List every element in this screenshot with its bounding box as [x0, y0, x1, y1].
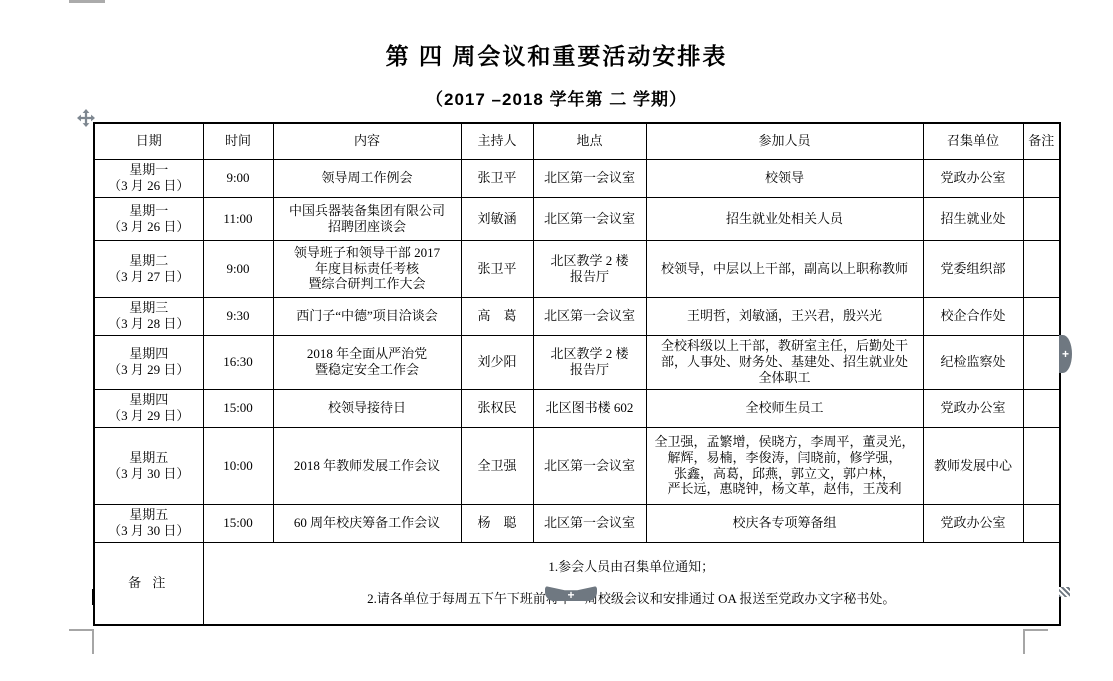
cell-time[interactable]: 9:00: [203, 159, 273, 197]
table-row: 星期五 （3 月 30 日） 10:00 2018 年教师发展工作会议 全卫强 …: [94, 427, 1060, 504]
cell-content[interactable]: 西门子“中德”项目洽谈会: [273, 297, 461, 335]
cell-date[interactable]: 星期四 （3 月 29 日）: [94, 335, 203, 389]
table-row: 星期三 （3 月 28 日） 9:30 西门子“中德”项目洽谈会 高 葛 北区第…: [94, 297, 1060, 335]
cell-unit[interactable]: 校企合作处: [923, 297, 1023, 335]
cell-remark[interactable]: [1023, 240, 1060, 297]
cell-remark[interactable]: [1023, 297, 1060, 335]
cell-unit[interactable]: 党委组织部: [923, 240, 1023, 297]
cell-participants[interactable]: 全卫强，孟繁增，侯晓方，李周平，董灵光， 解辉，易楠，李俊涛，闫晓前，修学强， …: [646, 427, 923, 504]
header-participants[interactable]: 参加人员: [646, 123, 923, 159]
cell-participants[interactable]: 王明哲，刘敏涵，王兴君，殷兴光: [646, 297, 923, 335]
cell-content[interactable]: 领导周工作例会: [273, 159, 461, 197]
cell-participants[interactable]: 全校师生员工: [646, 389, 923, 427]
page-title[interactable]: 第 四 周会议和重要活动安排表: [0, 44, 1113, 69]
table-row: 星期一 （3 月 26 日） 9:00 领导周工作例会 张卫平 北区第一会议室 …: [94, 159, 1060, 197]
cell-participants[interactable]: 校庆各专项筹备组: [646, 504, 923, 542]
cell-time[interactable]: 16:30: [203, 335, 273, 389]
header-host[interactable]: 主持人: [461, 123, 533, 159]
cell-host[interactable]: 刘敏涵: [461, 197, 533, 240]
cell-remark[interactable]: [1023, 335, 1060, 389]
cell-location[interactable]: 北区第一会议室: [533, 197, 646, 240]
note-line-2: 2.请各单位于每周五下午下班前将下一周校级会议和安排通过 OA 报送至党政办文字…: [207, 591, 1057, 607]
text-cursor: [92, 589, 95, 605]
cell-host[interactable]: 刘少阳: [461, 335, 533, 389]
cell-location[interactable]: 北区教学 2 楼 报告厅: [533, 240, 646, 297]
cell-remark[interactable]: [1023, 197, 1060, 240]
cell-remark[interactable]: [1023, 504, 1060, 542]
cell-unit[interactable]: 党政办公室: [923, 504, 1023, 542]
cell-content[interactable]: 校领导接待日: [273, 389, 461, 427]
cell-date[interactable]: 星期一 （3 月 26 日）: [94, 197, 203, 240]
notes-label[interactable]: 备 注: [94, 542, 203, 625]
notes-row: 备 注 1.参会人员由召集单位通知； 2.请各单位于每周五下午下班前将下一周校级…: [94, 542, 1060, 625]
cell-unit[interactable]: 招生就业处: [923, 197, 1023, 240]
cell-time[interactable]: 15:00: [203, 504, 273, 542]
cell-content[interactable]: 领导班子和领导干部 2017 年度目标责任考核 暨综合研判工作大会: [273, 240, 461, 297]
note-line-1: 1.参会人员由召集单位通知；: [207, 559, 1057, 575]
table-row: 星期四 （3 月 29 日） 15:00 校领导接待日 张权民 北区图书楼 60…: [94, 389, 1060, 427]
cell-date[interactable]: 星期一 （3 月 26 日）: [94, 159, 203, 197]
cell-unit[interactable]: 党政办公室: [923, 389, 1023, 427]
cell-time[interactable]: 15:00: [203, 389, 273, 427]
cell-content[interactable]: 60 周年校庆筹备工作会议: [273, 504, 461, 542]
cell-time[interactable]: 9:00: [203, 240, 273, 297]
cell-host[interactable]: 杨 聪: [461, 504, 533, 542]
cell-date[interactable]: 星期四 （3 月 29 日）: [94, 389, 203, 427]
cell-remark[interactable]: [1023, 159, 1060, 197]
cell-date[interactable]: 星期二 （3 月 27 日）: [94, 240, 203, 297]
header-remark[interactable]: 备注: [1023, 123, 1060, 159]
plus-icon: +: [1062, 348, 1069, 360]
cell-host[interactable]: 张权民: [461, 389, 533, 427]
header-unit[interactable]: 召集单位: [923, 123, 1023, 159]
add-column-button[interactable]: +: [1059, 335, 1072, 373]
cell-location[interactable]: 北区教学 2 楼 报告厅: [533, 335, 646, 389]
margin-bracket-right: [1023, 629, 1048, 654]
page-subtitle[interactable]: （2017 –2018 学年第 二 学期）: [0, 91, 1113, 110]
cell-time[interactable]: 11:00: [203, 197, 273, 240]
cell-unit[interactable]: 纪检监察处: [923, 335, 1023, 389]
cell-participants[interactable]: 校领导: [646, 159, 923, 197]
header-date[interactable]: 日期: [94, 123, 203, 159]
plus-icon: +: [567, 589, 574, 601]
cell-host[interactable]: 张卫平: [461, 240, 533, 297]
cell-content[interactable]: 2018 年全面从严治党 暨稳定安全工作会: [273, 335, 461, 389]
header-time[interactable]: 时间: [203, 123, 273, 159]
cell-date[interactable]: 星期五 （3 月 30 日）: [94, 504, 203, 542]
table-resize-handle[interactable]: [1059, 587, 1070, 597]
cell-date[interactable]: 星期五 （3 月 30 日）: [94, 427, 203, 504]
table-row: 星期五 （3 月 30 日） 15:00 60 周年校庆筹备工作会议 杨 聪 北…: [94, 504, 1060, 542]
cell-content[interactable]: 中国兵器装备集团有限公司 招聘团座谈会: [273, 197, 461, 240]
cell-host[interactable]: 高 葛: [461, 297, 533, 335]
cell-remark[interactable]: [1023, 427, 1060, 504]
cell-host[interactable]: 张卫平: [461, 159, 533, 197]
table-row: 星期一 （3 月 26 日） 11:00 中国兵器装备集团有限公司 招聘团座谈会…: [94, 197, 1060, 240]
cell-location[interactable]: 北区第一会议室: [533, 504, 646, 542]
schedule-table: 日期 时间 内容 主持人 地点 参加人员 召集单位 备注 星期一 （3 月 26…: [93, 122, 1061, 626]
cell-location[interactable]: 北区第一会议室: [533, 297, 646, 335]
cell-location[interactable]: 北区图书楼 602: [533, 389, 646, 427]
header-location[interactable]: 地点: [533, 123, 646, 159]
cell-participants[interactable]: 校领导，中层以上干部，副高以上职称教师: [646, 240, 923, 297]
header-content[interactable]: 内容: [273, 123, 461, 159]
header-row: 日期 时间 内容 主持人 地点 参加人员 召集单位 备注: [94, 123, 1060, 159]
cell-unit[interactable]: 党政办公室: [923, 159, 1023, 197]
cell-participants[interactable]: 招生就业处相关人员: [646, 197, 923, 240]
table-row: 星期二 （3 月 27 日） 9:00 领导班子和领导干部 2017 年度目标责…: [94, 240, 1060, 297]
table-row: 星期四 （3 月 29 日） 16:30 2018 年全面从严治党 暨稳定安全工…: [94, 335, 1060, 389]
cell-location[interactable]: 北区第一会议室: [533, 159, 646, 197]
margin-bracket-left: [69, 629, 94, 654]
cell-host[interactable]: 全卫强: [461, 427, 533, 504]
cell-time[interactable]: 10:00: [203, 427, 273, 504]
cell-date[interactable]: 星期三 （3 月 28 日）: [94, 297, 203, 335]
document-page: 第 四 周会议和重要活动安排表 （2017 –2018 学年第 二 学期） 日期…: [0, 0, 1113, 681]
cell-remark[interactable]: [1023, 389, 1060, 427]
notes-cell[interactable]: 1.参会人员由召集单位通知； 2.请各单位于每周五下午下班前将下一周校级会议和安…: [203, 542, 1060, 625]
cell-time[interactable]: 9:30: [203, 297, 273, 335]
cell-content[interactable]: 2018 年教师发展工作会议: [273, 427, 461, 504]
cell-location[interactable]: 北区第一会议室: [533, 427, 646, 504]
cell-participants[interactable]: 全校科级以上干部，教研室主任，后勤处干 部，人事处、财务处、基建处、招生就业处 …: [646, 335, 923, 389]
cell-unit[interactable]: 教师发展中心: [923, 427, 1023, 504]
ruler-fragment: [69, 0, 105, 3]
